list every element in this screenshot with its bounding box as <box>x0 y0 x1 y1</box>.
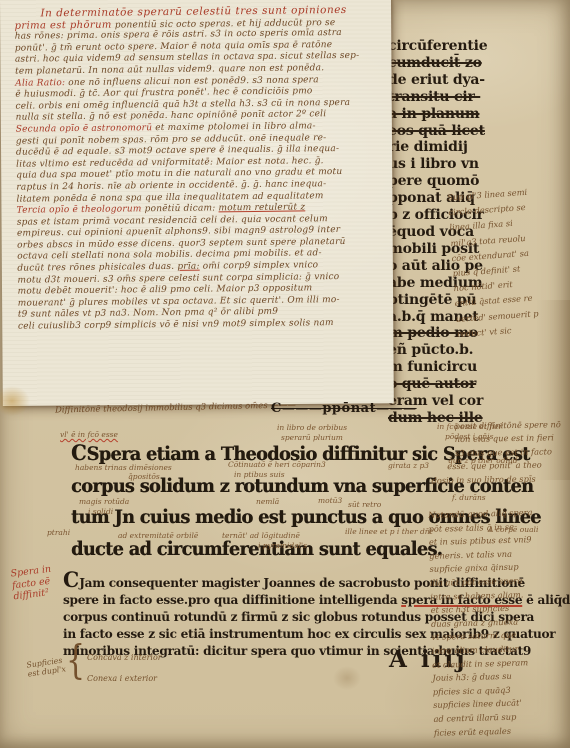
interlinear-gloss: in ptibus suis <box>234 470 285 479</box>
interlinear-gloss: i pyramidal's <box>258 541 307 550</box>
pasted-manuscript-leaf: In determinatōe sperarū celestiū tres su… <box>0 0 394 406</box>
interlinear-gloss: girata z p3 <box>388 461 429 470</box>
printed-column-line: cumducit̄ zo <box>388 55 570 72</box>
interlinear-gloss: Cōtinuatō ē heri cōparin3 <box>228 460 326 469</box>
printed-column-line: eñ pūcto.b. <box>388 342 570 359</box>
brace-glyph: { <box>66 637 85 684</box>
interlinear-gloss: ille linee et p i ther dn̄t <box>345 527 433 536</box>
red-margin-rubric: Spera in facto eē diffinit² <box>10 564 54 603</box>
printed-column-line: rie dimidij <box>388 139 570 156</box>
interlinear-gloss: sūt retro <box>348 500 381 509</box>
printed-column-line: circūferentie <box>388 38 570 55</box>
manuscript-text-block: In determinatōe sperarū celestiū tres su… <box>0 0 394 333</box>
paragraph-mark: C <box>71 440 87 465</box>
printed-column-line: us i libro vn <box>388 156 570 173</box>
gloss-line: non eius que est in fieri <box>455 431 570 446</box>
printed-column-line: o quē autor <box>388 376 570 393</box>
printed-column-line: transitu cir- <box>388 89 570 106</box>
margin-note-b: Notandū quod aliq̄ spera pōt esse talis … <box>428 505 570 740</box>
manuscript-book-page-photo: circūferentie cumducit̄ zo de eriut dya-… <box>0 0 570 748</box>
paragraph-mark: C <box>63 567 79 592</box>
printed-column-line: m funicircu <box>388 359 570 376</box>
interlinear-gloss: in libro de orbibus <box>277 423 347 432</box>
interlinear-gloss: f. durāns <box>452 493 486 502</box>
interlinear-gloss: magis rotūda <box>79 497 129 506</box>
interlinear-gloss: motū3 <box>318 496 342 505</box>
margin-gloss-top-right: Sup gl'3 linea semi circlo descripto se … <box>447 182 570 342</box>
interlinear-gloss: q̄positōs <box>128 472 160 481</box>
interlinear-gloss: ptrahi <box>47 528 70 537</box>
interlinear-gloss: vl' ē in fcō esse <box>60 430 118 439</box>
paper-stain <box>333 666 361 690</box>
interlinear-gloss: nemlā <box>256 497 279 506</box>
margin-note-a: ponit diffinitōnē spere nō non eius que … <box>454 418 570 487</box>
interlinear-gloss: ternāt' ad lōgitudinē <box>222 531 300 540</box>
printed-column-line: eos quā licet <box>388 123 570 140</box>
printed-column-line: a in planum <box>388 106 570 123</box>
interlinear-gloss: habens trinas dimēsiones <box>75 463 172 472</box>
interlinear-gloss: i solidi <box>88 507 113 516</box>
interlinear-gloss: ad extremitatē orbilē <box>118 531 198 540</box>
brace-note-label: Supficies est dupl'x <box>26 655 66 678</box>
brace-note-item: Conexa i exterior <box>87 674 157 683</box>
gloss-line: dosio in suo libro de spīs <box>431 472 570 488</box>
brace-note-item: Concava z interior <box>87 653 162 662</box>
interlinear-gloss: sperarū plurium <box>281 433 343 442</box>
struck-printed-fragment: C———ppōnat——— <box>271 401 417 416</box>
printed-column-line: de eriut dya- <box>388 72 570 89</box>
